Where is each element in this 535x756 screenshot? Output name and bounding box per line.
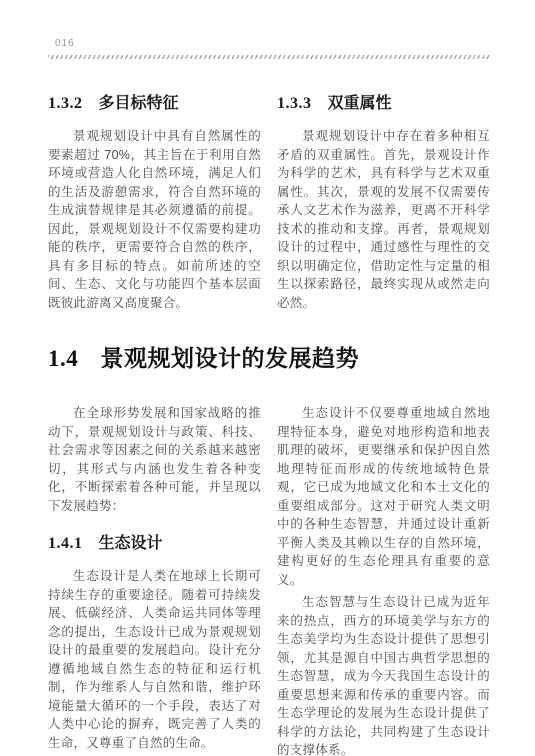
page-number: 016 [55, 38, 490, 50]
section-132-paragraph: 景观规划设计中具有自然属性的要素超过 70%，其主旨在于利用自然环境或营造人化自… [48, 127, 261, 312]
section-number: 1.3.2 [48, 95, 83, 112]
section-141-paragraph-2: 生态设计不仅要尊重地域自然地理特征本身，避免对地形构造和地表肌理的破坏，更要继承… [277, 404, 490, 589]
section-141-paragraph-1: 生态设计是人类在地球上长期可持续生存的重要途径。随着可持续发展、低碳经济、人类命… [48, 567, 261, 752]
column-left: 1.3.2 多目标特征 景观规划设计中具有自然属性的要素超过 70%，其主旨在于… [48, 93, 261, 312]
section-number: 1.4.1 [48, 535, 83, 552]
section-141-paragraph-3: 生态智慧与生态设计已成为近年来的热点，西方的环境美学与东方的生态美学均为生态设计… [277, 593, 490, 756]
book-page: 016 1.3.2 多目标特征 景观规划设计中具有自然属性的要素超过 70%，其… [0, 0, 535, 756]
column-right: 1.3.3 双重属性 景观规划设计中存在着多种相互矛盾的双重属性。首先，景观设计… [277, 93, 490, 312]
section-heading-132: 1.3.2 多目标特征 [48, 93, 261, 115]
section-heading-141: 1.4.1 生态设计 [48, 533, 261, 555]
section-row-attributes: 1.3.2 多目标特征 景观规划设计中具有自然属性的要素超过 70%，其主旨在于… [48, 93, 490, 312]
section-133-paragraph: 景观规划设计中存在着多种相互矛盾的双重属性。首先，景观设计作为科学的艺术，具有科… [277, 127, 490, 312]
chapter-heading-14: 1.4 景观规划设计的发展趋势 [48, 344, 490, 374]
column-left: 在全球形势发展和国家战略的推动下，景观规划设计与政策、科技、社会需求等因素之间的… [48, 404, 261, 756]
chapter-number: 1.4 [48, 346, 78, 371]
column-right: 生态设计不仅要尊重地域自然地理特征本身，避免对地形构造和地表肌理的破坏，更要继承… [277, 404, 490, 756]
section-title: 多目标特征 [99, 95, 179, 112]
section-title: 生态设计 [99, 535, 163, 552]
section-number: 1.3.3 [277, 95, 312, 112]
section-row-trends: 在全球形势发展和国家战略的推动下，景观规划设计与政策、科技、社会需求等因素之间的… [48, 404, 490, 756]
section-heading-133: 1.3.3 双重属性 [277, 93, 490, 115]
section-14-intro-paragraph: 在全球形势发展和国家战略的推动下，景观规划设计与政策、科技、社会需求等因素之间的… [48, 404, 261, 515]
section-title: 双重属性 [328, 95, 392, 112]
hatched-divider [48, 55, 490, 59]
chapter-title: 景观规划设计的发展趋势 [101, 346, 360, 371]
